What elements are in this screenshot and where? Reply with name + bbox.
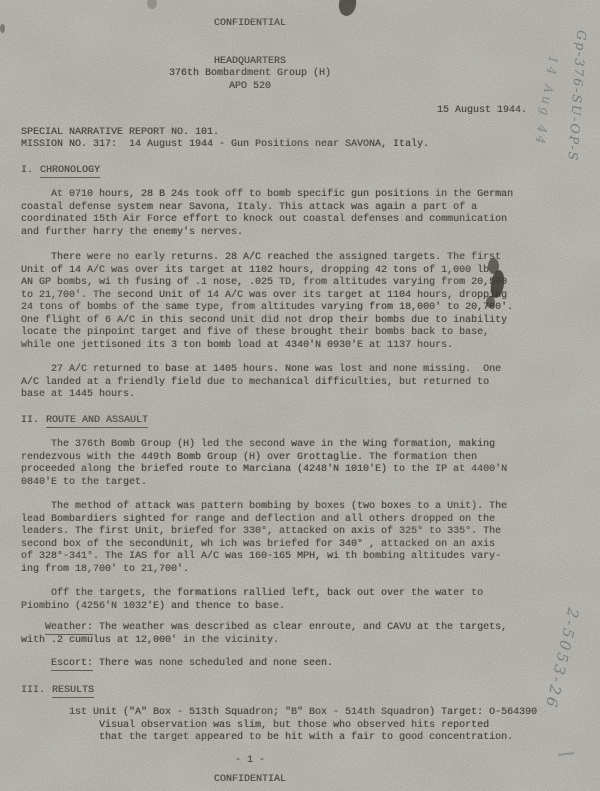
paragraph-rally: Off the targets, the formations rallied …	[21, 588, 600, 613]
escort-label: Escort:	[51, 658, 93, 671]
weather-line2: with .2 cumulus at 12,000' in the vicini…	[21, 635, 600, 648]
paragraph-method: The method of attack was pattern bombing…	[21, 501, 600, 576]
letterhead: HEADQUARTERS 376th Bombardment Group (H)…	[21, 56, 479, 94]
section-number: II.	[21, 415, 39, 426]
weather-line1: Weather: The weather was described as cl…	[21, 622, 600, 635]
document-body: CONFIDENTIAL HEADQUARTERS 376th Bombardm…	[0, 0, 600, 791]
section-number: III.	[21, 685, 45, 696]
section-title: CHRONOLOGY	[40, 165, 100, 178]
section-heading-route: II.ROUTE AND ASSAULT	[21, 415, 600, 428]
paragraph-formation: The 376th Bomb Group (H) led the second …	[21, 439, 600, 489]
ink-smear-right-3	[486, 296, 495, 308]
document-date: 15 August 1944.	[21, 105, 527, 118]
section-title: ROUTE AND ASSAULT	[46, 415, 148, 428]
classification-footer: CONFIDENTIAL	[21, 774, 479, 787]
report-title: SPECIAL NARRATIVE REPORT NO. 101. MISSIO…	[21, 127, 600, 152]
paragraph-attack: There were no early returns. 28 A/C reac…	[21, 252, 600, 352]
section-number: I.	[21, 165, 33, 176]
weather-text: The weather was described as clear enrou…	[93, 622, 507, 633]
escort-text: There was none scheduled and none seen.	[93, 658, 333, 669]
document-page: CONFIDENTIAL HEADQUARTERS 376th Bombardm…	[0, 0, 600, 791]
classification-header: CONFIDENTIAL	[21, 18, 479, 31]
weather-label: Weather:	[45, 622, 93, 635]
escort-note: Escort: There was none scheduled and non…	[21, 658, 600, 671]
section-heading-results: III.RESULTS	[21, 685, 600, 698]
paragraph-return: 27 A/C returned to base at 1405 hours. N…	[21, 364, 600, 402]
weather-note: Weather: The weather was described as cl…	[21, 622, 600, 647]
page-number: - 1 -	[21, 755, 479, 768]
paragraph-results: 1st Unit ("A" Box - 513th Squadron; "B" …	[21, 707, 600, 745]
section-title: RESULTS	[52, 685, 94, 698]
section-heading-chronology: I.CHRONOLOGY	[21, 165, 600, 178]
paragraph-takeoff: At 0710 hours, 28 B 24s took off to bomb…	[21, 189, 600, 239]
ink-spot-left-edge	[0, 24, 5, 33]
